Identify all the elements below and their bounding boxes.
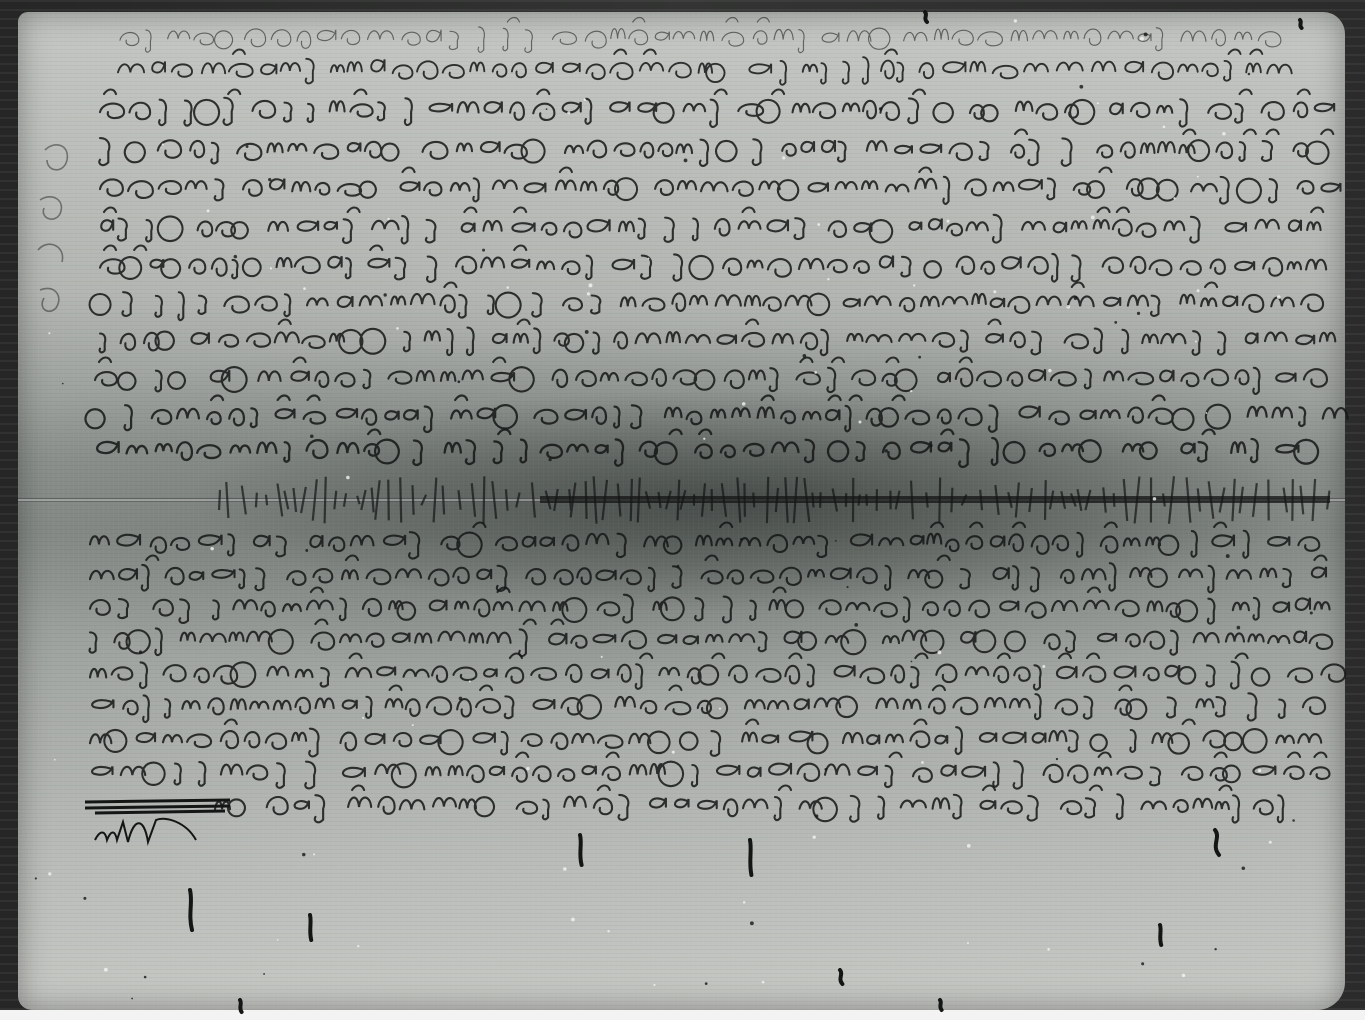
manuscript-line: [92, 686, 1325, 723]
manuscript-line: [100, 246, 1326, 282]
paper-damage-specks: [35, 12, 1313, 1012]
manuscript-line: [101, 208, 1323, 244]
manuscript-line: [90, 654, 1345, 690]
manuscript-line: [90, 523, 1319, 559]
signature-mark: [95, 819, 196, 842]
manuscript-line: [92, 753, 1329, 789]
ink-bleed-fold: [219, 476, 1330, 524]
manuscript-line: [215, 786, 1283, 823]
manuscript-line: [100, 320, 1336, 356]
manuscript-line: [99, 130, 1333, 166]
manuscript-line: [120, 18, 1281, 53]
manuscript-line: [90, 720, 1321, 757]
manuscript-line: [118, 50, 1292, 85]
manuscript-line: [86, 396, 1348, 432]
manuscript-line: [100, 168, 1340, 204]
manuscript-line: [89, 620, 1332, 657]
manuscript-line: [97, 430, 1318, 467]
margin-annotation: [38, 145, 67, 311]
manuscript-line: [90, 588, 1330, 624]
strikethrough-mark: [85, 800, 230, 813]
manuscript-line: [90, 556, 1326, 593]
manuscript-line: [95, 358, 1327, 394]
manuscript-line: [100, 90, 1334, 127]
handwritten-text-layer: [0, 0, 1365, 1020]
